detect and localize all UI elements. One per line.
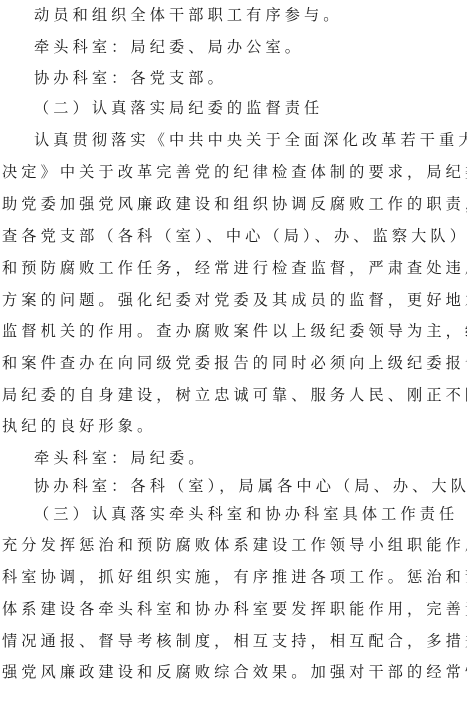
text-line: 方案的问题。强化纪委对党委及其成员的监督，更好地发挥党内 [2, 290, 448, 310]
text-line: 认真贯彻落实《中共中央关于全面深化改革若干重大问题的 [34, 130, 448, 150]
text-line: 查各党支部（各科（室）、中心（局）、办、监察大队）落实惩治 [2, 226, 448, 246]
text-line: 动员和组织全体干部职工有序参与。 [34, 5, 448, 25]
text-line: 局纪委的自身建设，树立忠诚可靠、服务人民、刚正不阿、秉公 [2, 385, 448, 405]
text-line: 科室协调，抓好组织实施，有序推进各项工作。惩治和预防腐败 [2, 567, 448, 587]
text-line: 强党风廉政建设和反腐败综合效果。加强对干部的经常性 [2, 662, 448, 682]
text-line: 监督机关的作用。查办腐败案件以上级纪委领导为主，线索处置 [2, 321, 448, 341]
text-line: （三）认真落实牵头科室和协办科室具体工作责任 [34, 504, 448, 524]
text-line: 和预防腐败工作任务，经常进行检查监督，严肃查处违反本实施 [2, 258, 448, 278]
text-line: 和案件查办在向同级党委报告的同时必须向上级纪委报告。加强 [2, 353, 448, 373]
text-line: 决定》中关于改革完善党的纪律检查体制的要求，局纪委履行协 [2, 162, 448, 182]
text-line: 情况通报、督导考核制度，相互支持，相互配合，多措并举，增 [2, 631, 448, 651]
text-line: 牵头科室：局纪委、局办公室。 [34, 37, 448, 57]
text-line: 牵头科室：局纪委。 [34, 448, 448, 468]
text-line: 充分发挥惩治和预防腐败体系建设工作领导小组职能作用，加强 [2, 535, 448, 555]
document-page: 动员和组织全体干部职工有序参与。牵头科室：局纪委、局办公室。协办科室：各党支部。… [0, 0, 467, 705]
text-line: 体系建设各牵头科室和协办科室要发挥职能作用，完善责任分工 [2, 599, 448, 619]
text-line: 执纪的良好形象。 [2, 416, 448, 436]
text-line: 协办科室：各党支部。 [34, 68, 448, 88]
text-line: 助党委加强党风廉政建设和组织协调反腐败工作的职责，督促检 [2, 194, 448, 214]
text-line: 协办科室：各科（室），局属各中心（局、办、大队、院）。 [34, 476, 448, 496]
text-line: （二）认真落实局纪委的监督责任 [34, 98, 448, 118]
